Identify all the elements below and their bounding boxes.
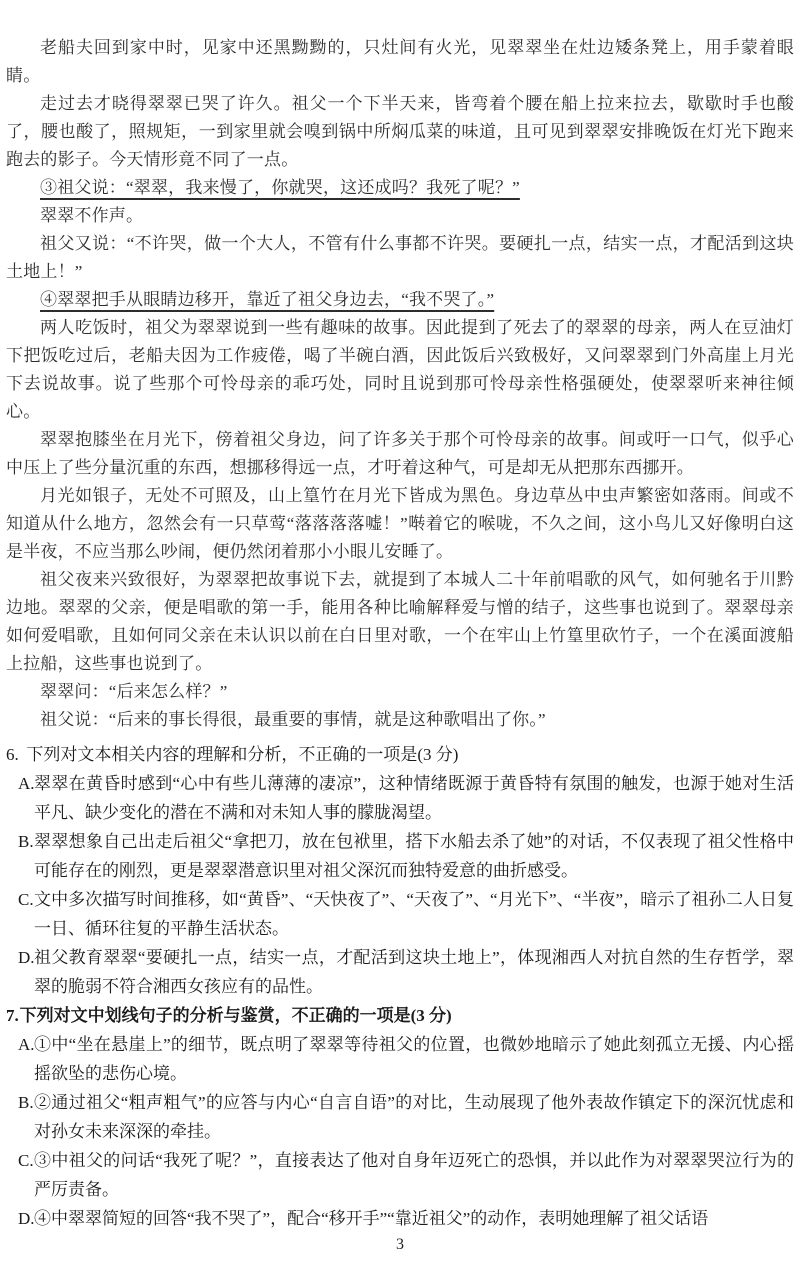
question-6-option-d: D.祖父教育翠翠“要硬扎一点，结实一点，才配活到这块土地上”，体现湘西人对抗自然…: [6, 943, 794, 1001]
passage-paragraph: 翠翠问：“后来怎么样？”: [6, 678, 794, 706]
passage-paragraph-underlined-4: ④翠翠把手从眼睛边移开，靠近了祖父身边去，“我不哭了。”: [6, 286, 794, 314]
exam-page: 老船夫回到家中时，见家中还黑黝黝的，只灶间有火光，见翠翠坐在灶边矮条凳上，用手蒙…: [0, 0, 800, 1287]
question-6-option-a: A.翠翠在黄昏时感到“心中有些儿薄薄的凄凉”，这种情绪既源于黄昏特有氛围的触发，…: [6, 769, 794, 827]
page-number: 3: [6, 1236, 794, 1254]
option-label: B.: [18, 827, 34, 856]
question-7-stem: 7.下列对文中划线句子的分析与鉴赏，不正确的一项是(3 分): [6, 1001, 794, 1030]
questions-section: 6.下列对文本相关内容的理解和分析，不正确的一项是(3 分) A.翠翠在黄昏时感…: [6, 740, 794, 1233]
option-label: D.: [18, 1204, 35, 1233]
question-6-option-b: B.翠翠想象自己出走后祖父“拿把刀，放在包袱里，搭下水船去杀了她”的对话，不仅表…: [6, 827, 794, 885]
question-7: 7.下列对文中划线句子的分析与鉴赏，不正确的一项是(3 分) A.①中“坐在悬崖…: [6, 1001, 794, 1233]
passage-paragraph-underlined-3: ③祖父说：“翠翠，我来慢了，你就哭，这还成吗？我死了呢？”: [6, 174, 794, 202]
question-7-option-a: A.①中“坐在悬崖上”的细节，既点明了翠翠等待祖父的位置，也微妙地暗示了她此刻孤…: [6, 1030, 794, 1088]
passage-paragraph: 翠翠不作声。: [6, 202, 794, 230]
option-label: A.: [18, 1030, 35, 1059]
passage-paragraph: 老船夫回到家中时，见家中还黑黝黝的，只灶间有火光，见翠翠坐在灶边矮条凳上，用手蒙…: [6, 34, 794, 90]
question-7-option-d: D.④中翠翠简短的回答“我不哭了”，配合“移开手”“靠近祖父”的动作，表明她理解…: [6, 1204, 794, 1233]
question-6-option-c: C.文中多次描写时间推移，如“黄昏”、“天快夜了”、“天夜了”、“月光下”、“半…: [6, 885, 794, 943]
passage-paragraph: 祖父说：“后来的事长得很，最重要的事情，就是这种歌唱出了你。”: [6, 706, 794, 734]
option-label: A.: [18, 769, 35, 798]
passage-paragraph: 两人吃饭时，祖父为翠翠说到一些有趣味的故事。因此提到了死去了的翠翠的母亲，两人在…: [6, 314, 794, 426]
option-label: C.: [18, 885, 34, 914]
passage-paragraph: 翠翠抱膝坐在月光下，傍着祖父身边，问了许多关于那个可怜母亲的故事。间或吁一口气，…: [6, 426, 794, 482]
reading-passage: 老船夫回到家中时，见家中还黑黝黝的，只灶间有火光，见翠翠坐在灶边矮条凳上，用手蒙…: [6, 34, 794, 734]
question-7-option-b: B.②通过祖父“粗声粗气”的应答与内心“自言自语”的对比，生动展现了他外表故作镇…: [6, 1088, 794, 1146]
option-label: D.: [18, 943, 35, 972]
passage-paragraph: 月光如银子，无处不可照及，山上篁竹在月光下皆成为黑色。身边草丛中虫声繁密如落雨。…: [6, 482, 794, 566]
question-7-option-c: C.③中祖父的问话“我死了呢？”，直接表达了他对自身年迈死亡的恐惧，并以此作为对…: [6, 1146, 794, 1204]
question-6-number: 6.: [6, 745, 19, 764]
passage-paragraph: 走过去才晓得翠翠已哭了许久。祖父一个下半天来，皆弯着个腰在船上拉来拉去，歇歇时手…: [6, 90, 794, 174]
passage-paragraph: 祖父夜来兴致很好，为翠翠把故事说下去，就提到了本城人二十年前唱歌的风气，如何驰名…: [6, 566, 794, 678]
passage-paragraph: 祖父又说：“不许哭，做一个大人，不管有什么事都不许哭。要硬扎一点，结实一点，才配…: [6, 230, 794, 286]
option-label: C.: [18, 1146, 34, 1175]
option-label: B.: [18, 1088, 34, 1117]
question-7-number: 7.: [6, 1006, 19, 1025]
question-6: 6.下列对文本相关内容的理解和分析，不正确的一项是(3 分) A.翠翠在黄昏时感…: [6, 740, 794, 1001]
question-6-stem: 6.下列对文本相关内容的理解和分析，不正确的一项是(3 分): [6, 740, 794, 769]
